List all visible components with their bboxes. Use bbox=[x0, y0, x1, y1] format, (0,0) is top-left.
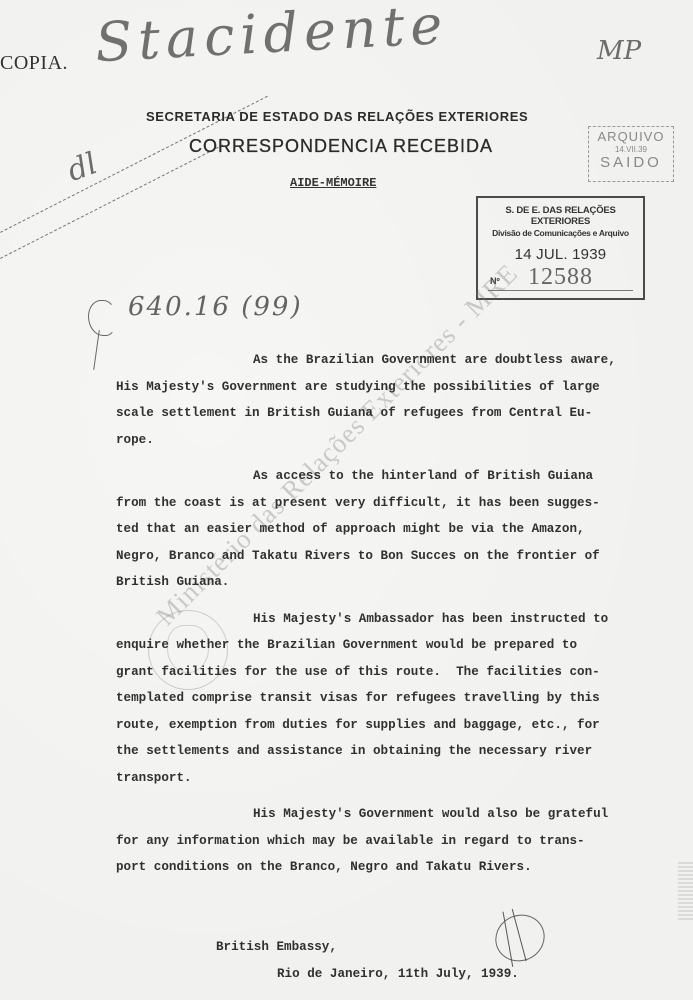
paragraph-line: His Majesty's Government would also be g… bbox=[116, 801, 676, 828]
handwritten-top-right-mark: MP bbox=[597, 36, 641, 66]
ministry-heading: SECRETARIA DE ESTADO DAS RELAÇÕES EXTERI… bbox=[146, 109, 528, 124]
scan-artifact bbox=[678, 860, 693, 920]
closing-place-date: Rio de Janeiro, 11th July, 1939. bbox=[277, 967, 519, 981]
section-heading: CORRESPONDENCIA RECEBIDA bbox=[189, 136, 493, 157]
archive-stamp: ARQUIVO 14.VII.39 SAIDO bbox=[588, 126, 674, 182]
paragraph-line: enquire whether the Brazilian Government… bbox=[116, 632, 676, 659]
margin-diagonal-line bbox=[0, 145, 223, 259]
paragraph-line: ted that an easier method of approach mi… bbox=[116, 516, 676, 543]
registry-stamp-number-row: Nº 12588 bbox=[488, 268, 633, 291]
paragraph: His Majesty's Ambassador has been instru… bbox=[116, 606, 676, 792]
paragraph-line: port conditions on the Branco, Negro and… bbox=[116, 854, 676, 881]
paragraph-line: As the Brazilian Government are doubtles… bbox=[116, 347, 676, 374]
registry-number-label: Nº bbox=[490, 276, 500, 286]
registry-stamp-office: S. DE E. DAS RELAÇÕES EXTERIORES bbox=[478, 205, 643, 227]
registry-stamp-division: Divisão de Comunicações e Arquivo bbox=[478, 228, 643, 238]
archive-stamp-date: 14.VII.39 bbox=[589, 145, 673, 154]
handwritten-top-annotation: Stacidente bbox=[94, 0, 450, 74]
paragraph-line: from the coast is at present very diffic… bbox=[116, 490, 676, 517]
paragraph: As the Brazilian Government are doubtles… bbox=[116, 347, 676, 453]
paragraph-line: British Guiana. bbox=[116, 569, 676, 596]
paragraph-line: scale settlement in British Guiana of re… bbox=[116, 400, 676, 427]
copy-label: COPIA. bbox=[0, 52, 68, 75]
handwritten-file-reference: 640.16 (99) bbox=[128, 292, 303, 322]
paragraph-line: route, exemption from duties for supplie… bbox=[116, 712, 676, 739]
paragraph-line: His Majesty's Ambassador has been instru… bbox=[116, 606, 676, 633]
paragraph: As access to the hinterland of British G… bbox=[116, 463, 676, 596]
paragraph-line: As access to the hinterland of British G… bbox=[116, 463, 676, 490]
paragraph-line: for any information which may be availab… bbox=[116, 828, 676, 855]
paragraph-line: the settlements and assistance in obtain… bbox=[116, 738, 676, 765]
aide-memoire-body: As the Brazilian Government are doubtles… bbox=[116, 347, 676, 891]
closing-sender: British Embassy, bbox=[216, 940, 337, 954]
registry-number: 12588 bbox=[528, 264, 593, 291]
paragraph-line: grant facilities for the use of this rou… bbox=[116, 659, 676, 686]
archive-stamp-label: ARQUIVO bbox=[589, 129, 673, 144]
handwritten-mark-icon bbox=[88, 300, 116, 336]
paragraph-line: templated comprise transit visas for ref… bbox=[116, 685, 676, 712]
registry-stamp: S. DE E. DAS RELAÇÕES EXTERIORES Divisão… bbox=[476, 196, 645, 300]
document-title: AIDE-MÉMOIRE bbox=[290, 176, 376, 190]
registry-stamp-date: 14 JUL. 1939 bbox=[478, 246, 643, 263]
paragraph-line: transport. bbox=[116, 765, 676, 792]
paragraph-line: Negro, Branco and Takatu Rivers to Bon S… bbox=[116, 543, 676, 570]
paragraph-line: His Majesty's Government are studying th… bbox=[116, 374, 676, 401]
handwritten-mark-tail bbox=[93, 330, 100, 370]
archive-stamp-status: SAIDO bbox=[589, 154, 673, 171]
handwritten-signature-icon bbox=[488, 907, 553, 970]
paragraph-line: rope. bbox=[116, 427, 676, 454]
scanned-document-page: COPIA. Stacidente MP dl 640.16 (99) SECR… bbox=[0, 0, 693, 1000]
paragraph: His Majesty's Government would also be g… bbox=[116, 801, 676, 881]
